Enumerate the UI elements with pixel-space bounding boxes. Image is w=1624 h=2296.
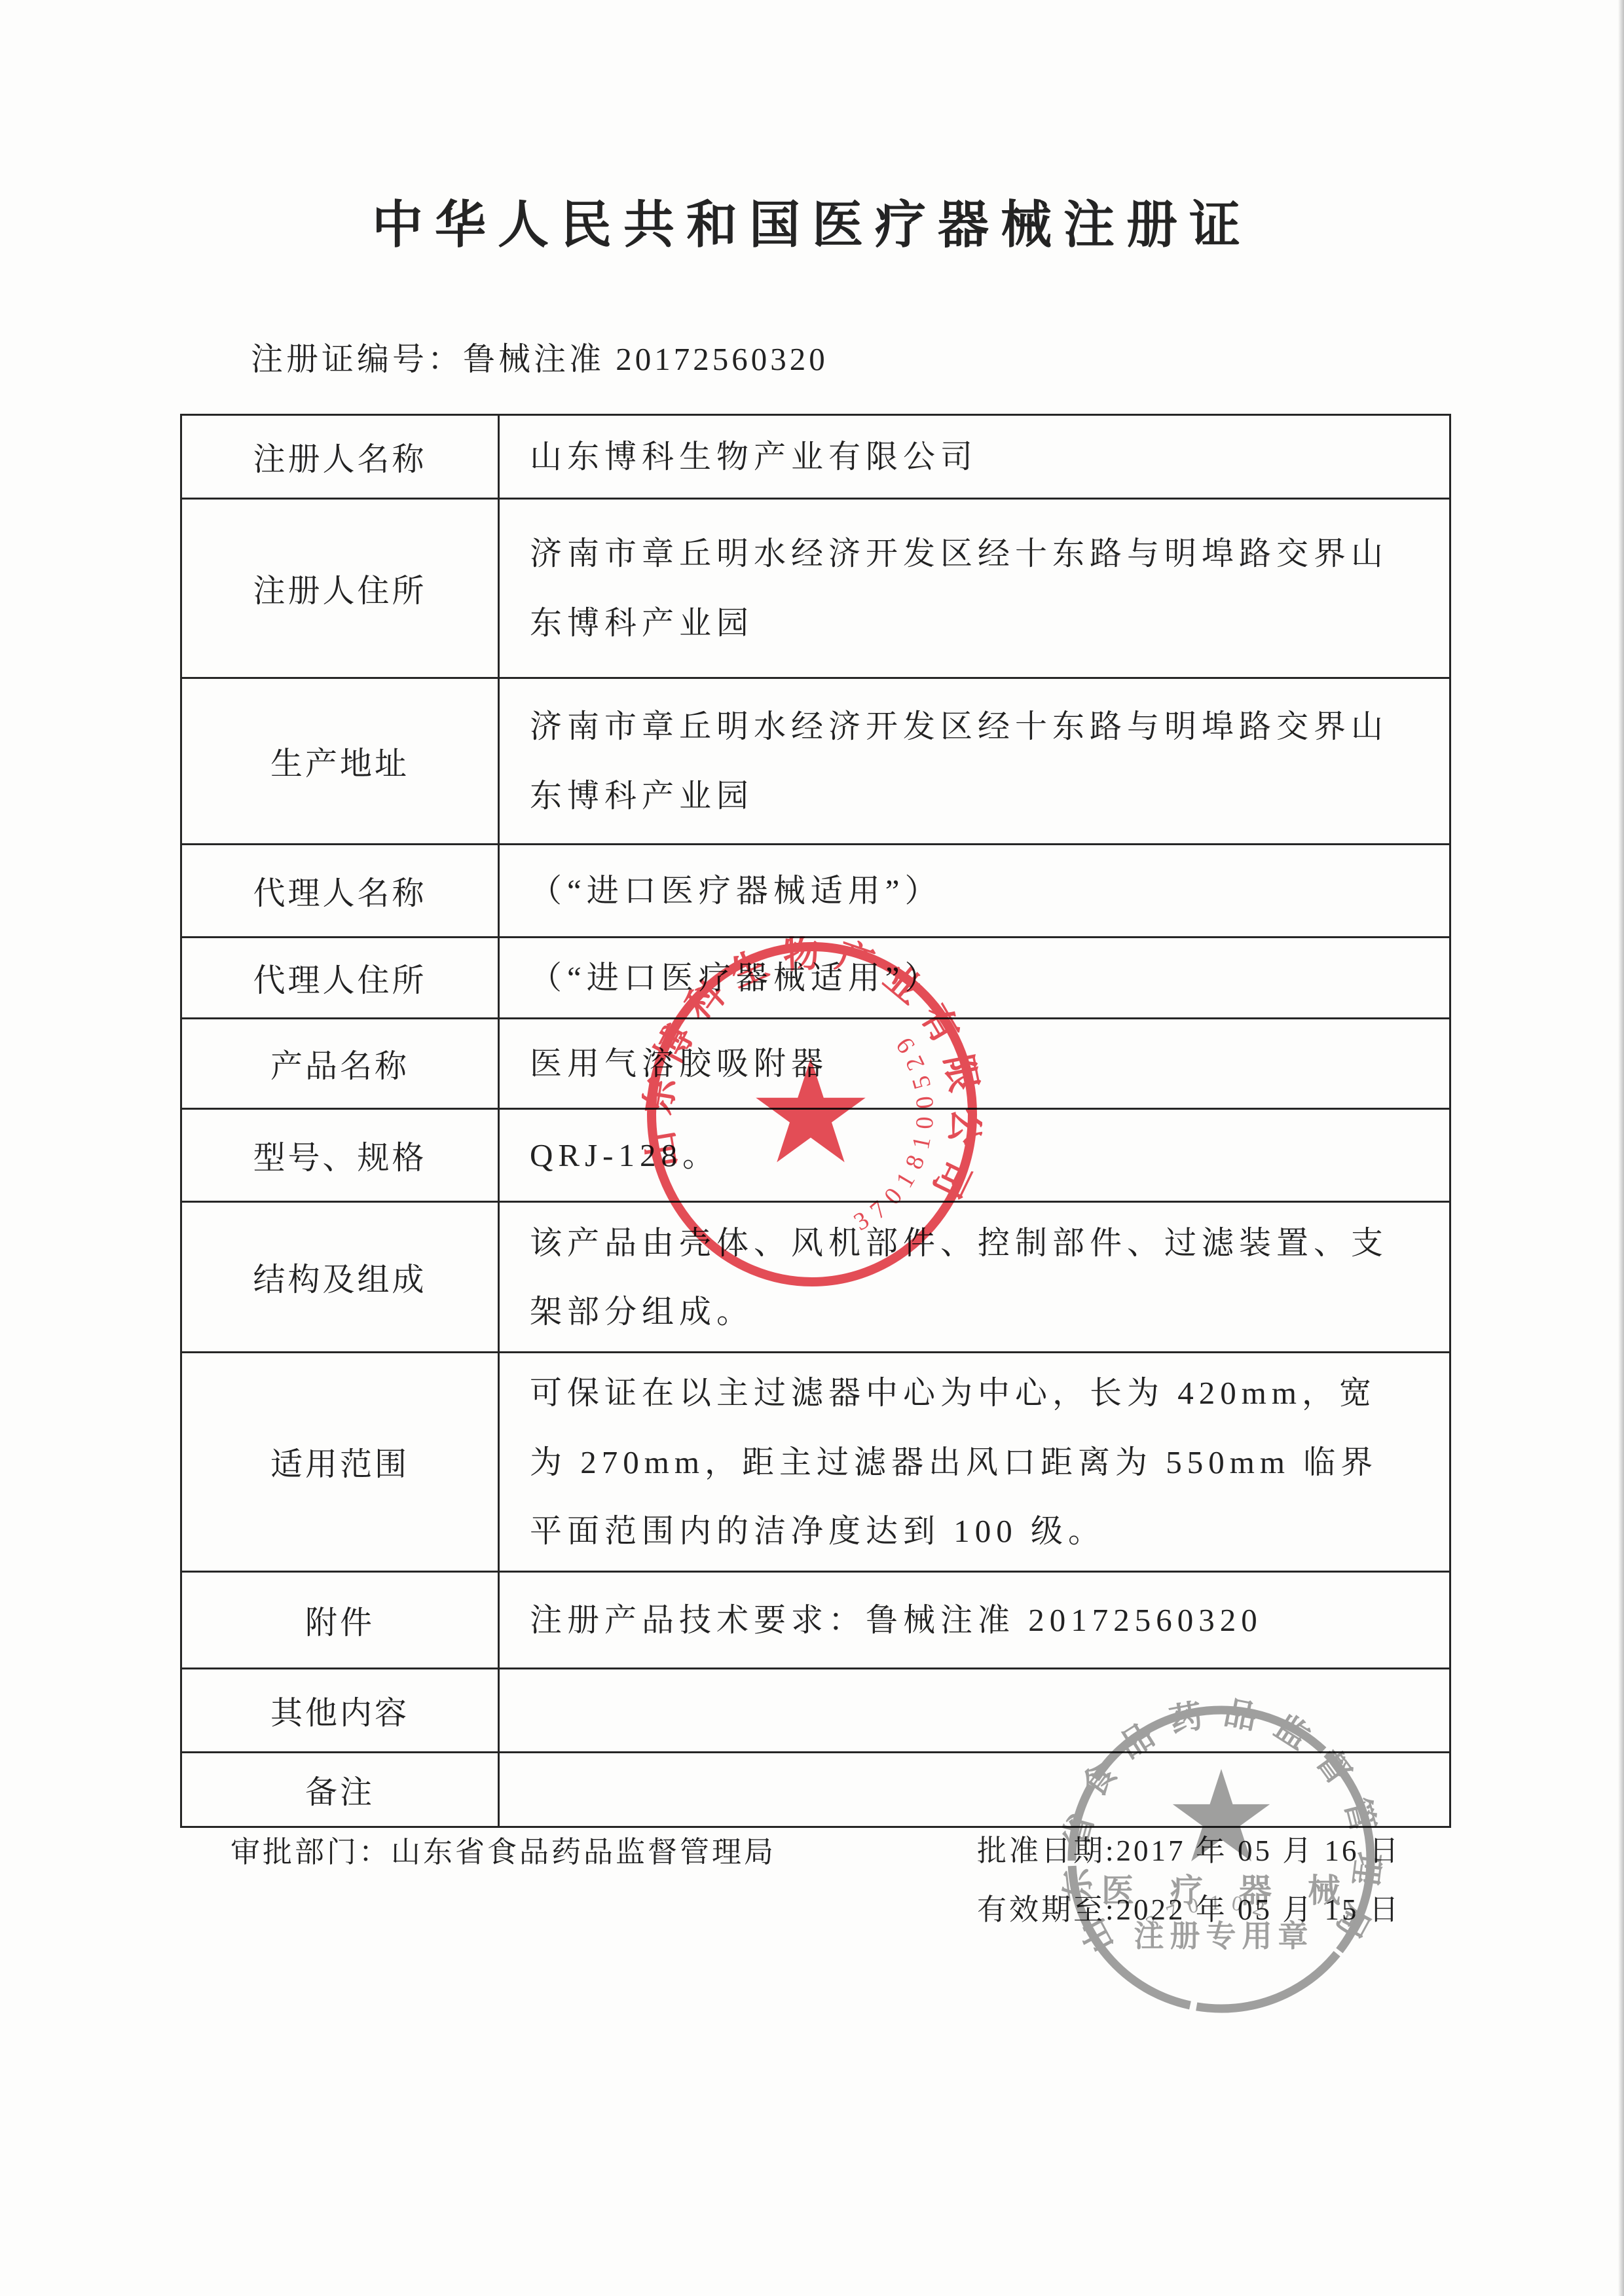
- cert-number-label: 注册证编号：: [251, 341, 463, 377]
- row-value: 医用气溶胶吸附器: [499, 1019, 1450, 1109]
- row-label: 代理人名称: [181, 845, 499, 938]
- row-value: 该产品由壳体、风机部件、控制部件、过滤装置、支架部分组成。: [499, 1202, 1450, 1353]
- row-value: [499, 1753, 1450, 1827]
- table-row: 结构及组成该产品由壳体、风机部件、控制部件、过滤装置、支架部分组成。: [181, 1202, 1450, 1353]
- scan-edge-shadow: [1618, 0, 1624, 2296]
- row-label: 其他内容: [181, 1669, 499, 1753]
- row-label: 附件: [181, 1572, 499, 1669]
- page-title: 中华人民共和国医疗器械注册证: [0, 184, 1624, 257]
- row-value: 济南市章丘明水经济开发区经十东路与明埠路交界山东博科产业园: [499, 499, 1450, 678]
- registration-table-body: 注册人名称山东博科生物产业有限公司注册人住所济南市章丘明水经济开发区经十东路与明…: [181, 415, 1450, 1827]
- table-row: 备注: [181, 1753, 1450, 1827]
- certificate-page: 中华人民共和国医疗器械注册证 注册证编号：鲁械注准 20172560320 注册…: [0, 0, 1624, 2296]
- row-label: 结构及组成: [181, 1202, 499, 1353]
- row-value: （“进口医疗器械适用”）: [499, 938, 1450, 1019]
- row-value: 可保证在以主过滤器中心为中心，长为 420mm，宽为 270mm，距主过滤器出风…: [499, 1353, 1450, 1572]
- row-label: 生产地址: [181, 678, 499, 845]
- row-label: 适用范围: [181, 1353, 499, 1572]
- row-label: 备注: [181, 1753, 499, 1827]
- table-row: 代理人名称（“进口医疗器械适用”）: [181, 845, 1450, 938]
- row-value: （“进口医疗器械适用”）: [499, 845, 1450, 938]
- row-label: 注册人名称: [181, 415, 499, 499]
- approve-date-value: 2017 年 05 月 16 日: [1116, 1834, 1401, 1867]
- row-value: [499, 1669, 1450, 1753]
- table-row: 产品名称医用气溶胶吸附器: [181, 1019, 1450, 1109]
- table-row: 附件注册产品技术要求：鲁械注准 20172560320: [181, 1572, 1450, 1669]
- row-label: 注册人住所: [181, 499, 499, 678]
- valid-until-label: 有效期至:: [977, 1893, 1116, 1926]
- cert-number-line: 注册证编号：鲁械注准 20172560320: [251, 334, 828, 380]
- row-label: 产品名称: [181, 1019, 499, 1109]
- row-value: 山东博科生物产业有限公司: [499, 415, 1450, 499]
- row-label: 型号、规格: [181, 1109, 499, 1202]
- row-value: QRJ-128。: [499, 1109, 1450, 1202]
- cert-number-value: 鲁械注准 20172560320: [463, 341, 828, 377]
- valid-until-line: 有效期至:2022 年 05 月 15 日: [977, 1886, 1401, 1928]
- approve-date-label: 批准日期:: [977, 1834, 1116, 1867]
- approval-department-label: 审批部门：: [231, 1836, 391, 1868]
- approval-department-value: 山东省食品药品监督管理局: [391, 1836, 776, 1868]
- row-value: 济南市章丘明水经济开发区经十东路与明埠路交界山东博科产业园: [499, 678, 1450, 845]
- table-row: 注册人名称山东博科生物产业有限公司: [181, 415, 1450, 499]
- table-row: 代理人住所（“进口医疗器械适用”）: [181, 938, 1450, 1019]
- row-value: 注册产品技术要求：鲁械注准 20172560320: [499, 1572, 1450, 1669]
- approve-date-line: 批准日期:2017 年 05 月 16 日: [977, 1827, 1401, 1869]
- table-row: 生产地址济南市章丘明水经济开发区经十东路与明埠路交界山东博科产业园: [181, 678, 1450, 845]
- table-row: 注册人住所济南市章丘明水经济开发区经十东路与明埠路交界山东博科产业园: [181, 499, 1450, 678]
- table-row: 适用范围可保证在以主过滤器中心为中心，长为 420mm，宽为 270mm，距主过…: [181, 1353, 1450, 1572]
- registration-table: 注册人名称山东博科生物产业有限公司注册人住所济南市章丘明水经济开发区经十东路与明…: [180, 414, 1451, 1828]
- approval-department-line: 审批部门：山东省食品药品监督管理局: [231, 1828, 776, 1870]
- table-row: 其他内容: [181, 1669, 1450, 1753]
- table-row: 型号、规格QRJ-128。: [181, 1109, 1450, 1202]
- valid-until-value: 2022 年 05 月 15 日: [1116, 1893, 1401, 1926]
- row-label: 代理人住所: [181, 938, 499, 1019]
